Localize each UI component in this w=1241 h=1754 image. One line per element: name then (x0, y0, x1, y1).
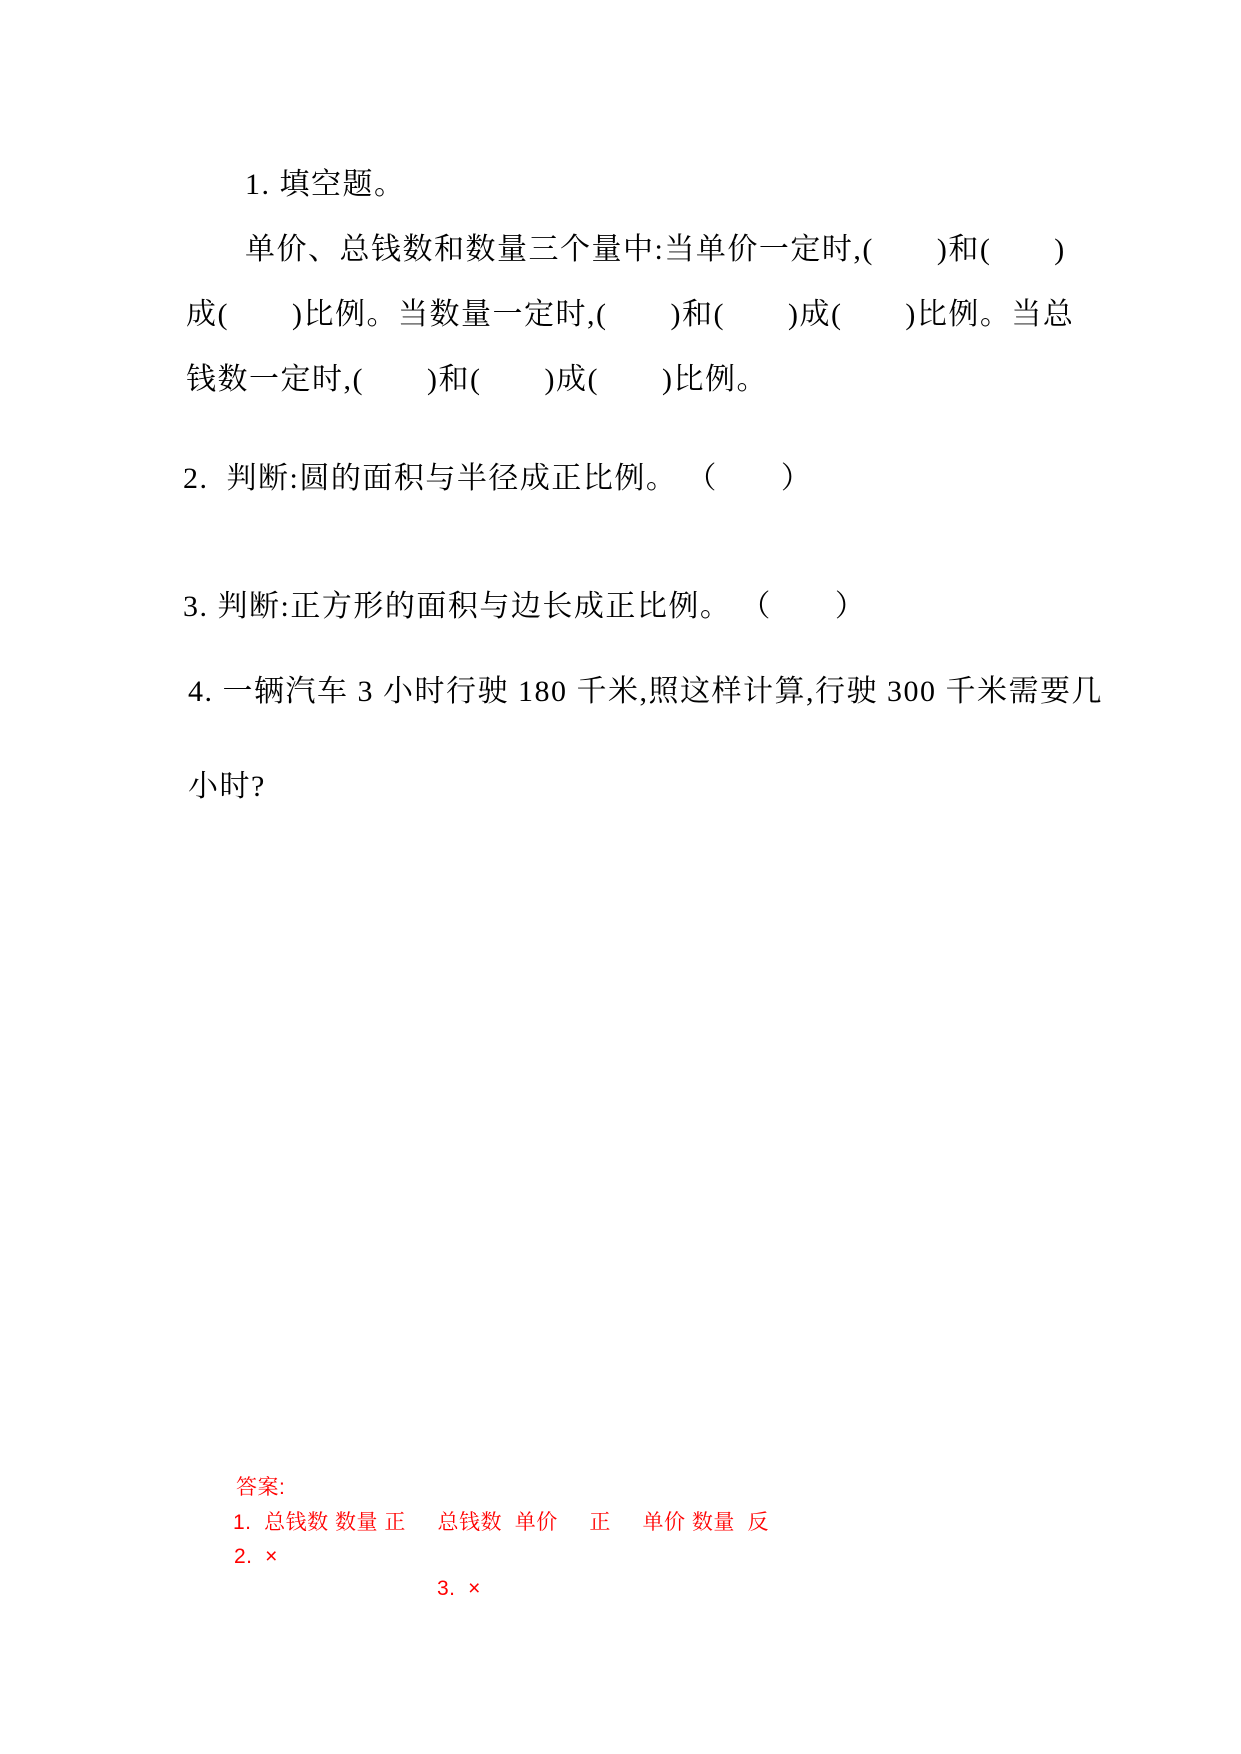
question3-text: 3. 判断:正方形的面积与边长成正比例。 （ ） (183, 590, 866, 624)
question4-line1: 4. 一辆汽车 3 小时行驶 180 千米,照这样计算,行驶 300 千米需要几 (188, 675, 1103, 709)
answer-item-3: 3. × (437, 1577, 481, 1601)
worksheet-page: 1. 填空题。 单价、总钱数和数量三个量中:当单价一定时,( )和( ) 成( … (0, 0, 1241, 1754)
question4-line2: 小时? (188, 770, 266, 804)
answer-item-1: 1. 总钱数 数量 正 总钱数 单价 正 单价 数量 反 (233, 1511, 769, 1535)
question1-line3: 钱数一定时,( )和( )成( )比例。 (186, 363, 768, 397)
question1-line2: 成( )比例。当数量一定时,( )和( )成( )比例。当总 (186, 298, 1074, 332)
answer-item-2: 2. × (234, 1545, 278, 1569)
answers-label: 答案: (236, 1476, 285, 1500)
question1-line1: 单价、总钱数和数量三个量中:当单价一定时,( )和( ) (245, 233, 1066, 267)
question1-title: 1. 填空题。 (245, 168, 406, 202)
question2-text: 2. 判断:圆的面积与半径成正比例。 （ ） (183, 462, 812, 496)
